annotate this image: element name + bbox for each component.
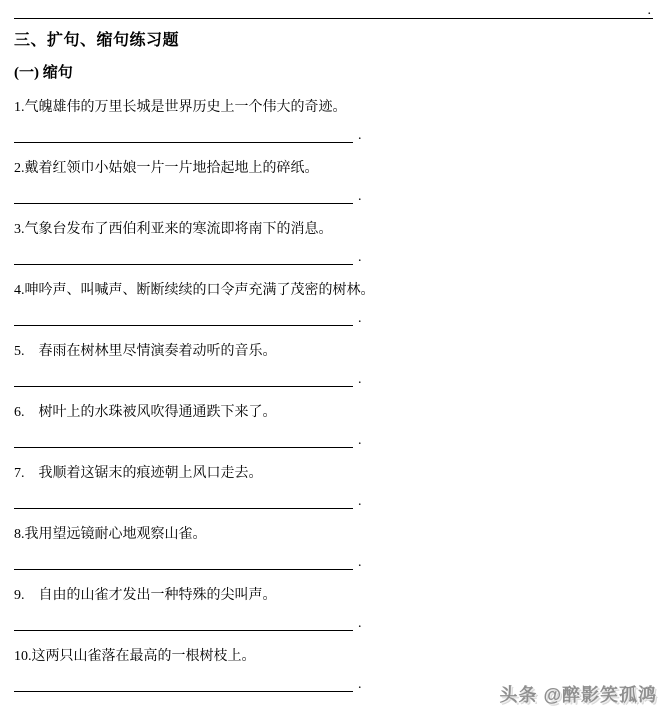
header-line-period: . bbox=[648, 3, 652, 18]
answer-row: . bbox=[14, 493, 653, 508]
answer-period: . bbox=[358, 433, 362, 448]
sentence-text: 2.戴着红领巾小姑娘一片一片地拾起地上的碎纸。 bbox=[14, 161, 653, 177]
exercise-item: 9. 自由的山雀才发出一种特殊的尖叫声。 . bbox=[14, 588, 653, 630]
answer-blank-line bbox=[14, 371, 353, 387]
section-heading: (一) 缩句 bbox=[14, 64, 653, 82]
sentence-text: 8.我用望远镜耐心地观察山雀。 bbox=[14, 527, 653, 543]
answer-blank-line bbox=[14, 676, 353, 692]
answer-row: . bbox=[14, 615, 653, 630]
exercise-list: 1.气魄雄伟的万里长城是世界历史上一个伟大的奇迹。 . 2.戴着红领巾小姑娘一片… bbox=[14, 100, 653, 691]
answer-blank-line bbox=[14, 554, 353, 570]
sentence-text: 4.呻吟声、叫喊声、断断续续的口令声充满了茂密的树林。 bbox=[14, 283, 653, 299]
answer-blank-line bbox=[14, 310, 353, 326]
answer-period: . bbox=[358, 189, 362, 204]
exercise-item: 6. 树叶上的水珠被风吹得通通跌下来了。 . bbox=[14, 405, 653, 447]
answer-row: . bbox=[14, 249, 653, 264]
answer-row: . bbox=[14, 310, 653, 325]
answer-blank-line bbox=[14, 127, 353, 143]
answer-period: . bbox=[358, 128, 362, 143]
exercise-item: 4.呻吟声、叫喊声、断断续续的口令声充满了茂密的树林。 . bbox=[14, 283, 653, 325]
exercise-item: 3.气象台发布了西伯利亚来的寒流即将南下的消息。 . bbox=[14, 222, 653, 264]
answer-row: . bbox=[14, 432, 653, 447]
exercise-item: 5. 春雨在树林里尽情演奏着动听的音乐。 . bbox=[14, 344, 653, 386]
answer-blank-line bbox=[14, 615, 353, 631]
answer-blank-line bbox=[14, 432, 353, 448]
answer-blank-line bbox=[14, 188, 353, 204]
sentence-text: 5. 春雨在树林里尽情演奏着动听的音乐。 bbox=[14, 344, 653, 360]
answer-period: . bbox=[358, 250, 362, 265]
answer-row: . bbox=[14, 127, 653, 142]
answer-row: . bbox=[14, 554, 653, 569]
sentence-text: 10.这两只山雀落在最高的一根树枝上。 bbox=[14, 649, 653, 665]
answer-row: . bbox=[14, 371, 653, 386]
answer-period: . bbox=[358, 555, 362, 570]
answer-row: . bbox=[14, 188, 653, 203]
answer-period: . bbox=[358, 311, 362, 326]
sentence-text: 9. 自由的山雀才发出一种特殊的尖叫声。 bbox=[14, 588, 653, 604]
answer-period: . bbox=[358, 372, 362, 387]
sentence-text: 3.气象台发布了西伯利亚来的寒流即将南下的消息。 bbox=[14, 222, 653, 238]
exercise-item: 8.我用望远镜耐心地观察山雀。 . bbox=[14, 527, 653, 569]
sentence-text: 1.气魄雄伟的万里长城是世界历史上一个伟大的奇迹。 bbox=[14, 100, 653, 116]
answer-blank-line bbox=[14, 249, 353, 265]
answer-blank-line bbox=[14, 493, 353, 509]
exercise-item: 1.气魄雄伟的万里长城是世界历史上一个伟大的奇迹。 . bbox=[14, 100, 653, 142]
toutiao-watermark: 头条 @醉影笑孤鸿 bbox=[499, 681, 657, 707]
page-title: 三、扩句、缩句练习题 bbox=[14, 31, 653, 50]
worksheet-page: . 三、扩句、缩句练习题 (一) 缩句 1.气魄雄伟的万里长城是世界历史上一个伟… bbox=[0, 0, 663, 717]
answer-period: . bbox=[358, 616, 362, 631]
exercise-item: 2.戴着红领巾小姑娘一片一片地拾起地上的碎纸。 . bbox=[14, 161, 653, 203]
sentence-text: 7. 我顺着这锯末的痕迹朝上风口走去。 bbox=[14, 466, 653, 482]
answer-period: . bbox=[358, 677, 362, 692]
header-answer-line: . bbox=[14, 4, 653, 19]
answer-period: . bbox=[358, 494, 362, 509]
sentence-text: 6. 树叶上的水珠被风吹得通通跌下来了。 bbox=[14, 405, 653, 421]
exercise-item: 7. 我顺着这锯末的痕迹朝上风口走去。 . bbox=[14, 466, 653, 508]
